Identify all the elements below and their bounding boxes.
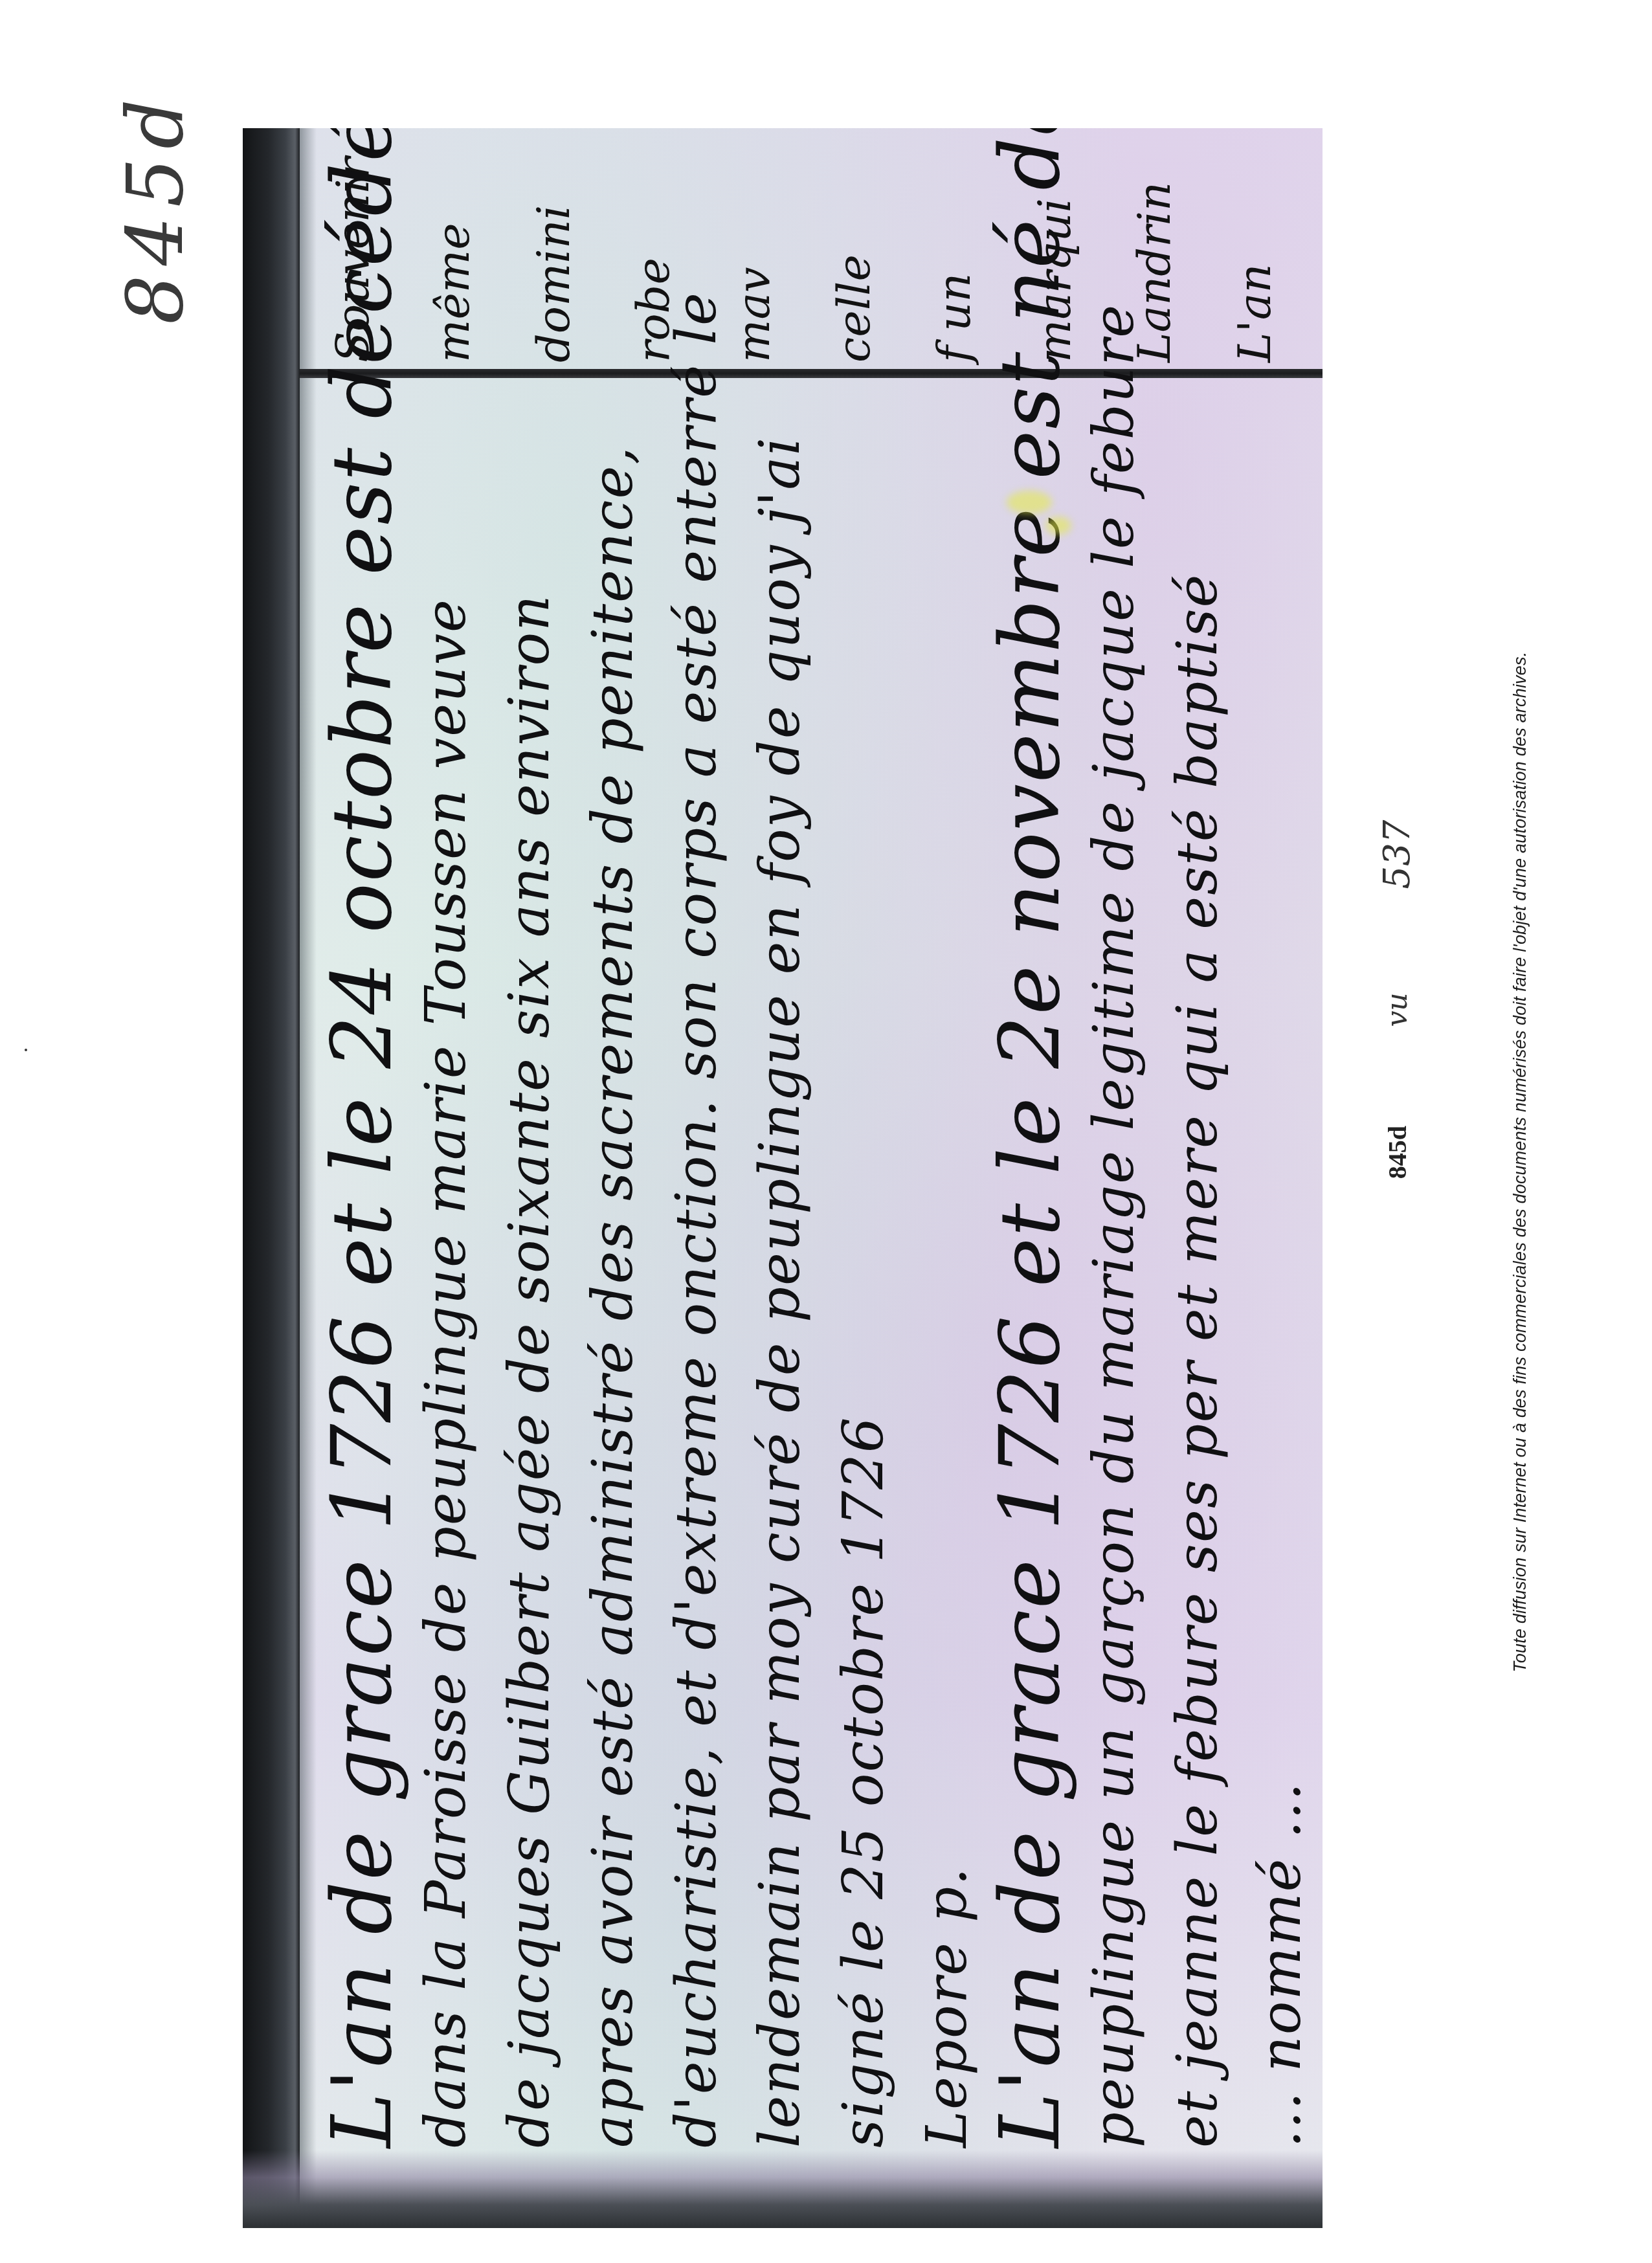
manuscript-line-text: signé le 25 octobre 1726 — [836, 1416, 891, 2148]
manuscript-line-text: ... nommé ... — [1253, 1781, 1309, 2148]
manuscript-line-text: lendemain par moy curé de peuplingue en … — [752, 436, 808, 2148]
manuscript-line-text: dans la Paroisse de peuplingue marie Tou… — [418, 598, 474, 2148]
baptism-record-line: ... nommé ... — [1239, 387, 1323, 2148]
previous-page-word: mav — [728, 128, 779, 369]
previous-page-word-text: même — [427, 223, 480, 362]
manuscript-text: L'an de grace 1726 et le 24 octobre est … — [320, 387, 1323, 2148]
manuscript-line-text: peuplingue un garçon du mariage legitime… — [1086, 304, 1142, 2148]
register-scan: Souvenirmêmedominirobemavcellef unmarqui… — [243, 128, 1323, 2228]
page-fold-line — [300, 369, 1323, 378]
yellow-stain — [1007, 491, 1052, 514]
annotation-vu: vu — [1381, 992, 1414, 1027]
previous-page-word: même — [427, 128, 479, 369]
previous-page-word: celle — [828, 128, 880, 369]
previous-page-word-text: celle — [827, 254, 880, 362]
burial-record-line: signé le 25 octobre 1726 — [821, 387, 905, 2148]
burial-record-line: apres avoir esté administré des sacremen… — [571, 387, 654, 2148]
folio-number-note: 845d — [97, 97, 214, 317]
manuscript-line-text: apres avoir esté administré des sacremen… — [585, 445, 641, 2148]
previous-page-word: f un — [928, 128, 980, 369]
manuscript-line-text: L'an de grace 1726 et le 24 octobre est … — [321, 128, 404, 2148]
previous-page-word-text: f un — [928, 273, 981, 362]
manuscript-line-text: d'eucharistie, et d'extreme onction. son… — [669, 291, 724, 2148]
previous-page-word-text: mav — [727, 267, 780, 362]
previous-page-word-text: domini — [527, 205, 580, 362]
annotation-reference: 845d — [1382, 1126, 1412, 1179]
baptism-record-line: L'an de grace 1726 et le 2e novembre est… — [988, 387, 1072, 2148]
burial-record-line: L'an de grace 1726 et le 24 octobre est … — [320, 387, 404, 2148]
legal-notice-text: Toute diffusion sur Internet ou à des fi… — [1510, 652, 1530, 1673]
yellow-stain — [1045, 517, 1071, 535]
baptism-record-line: peuplingue un garçon du mariage legitime… — [1072, 387, 1155, 2148]
annotation-number: 537 — [1376, 820, 1418, 889]
book-binding — [243, 128, 300, 2228]
baptism-record-line: et jeanne le febure ses per et mere qui … — [1155, 387, 1239, 2148]
archive-annotation: 537 vu 845d — [1371, 816, 1423, 1204]
page-bottom-edge — [243, 2150, 1323, 2228]
folio-number-text: 845d — [111, 90, 201, 324]
previous-page-fragment: Souvenirmêmedominirobemavcellef unmarqui… — [320, 128, 1323, 369]
scan-speck — [25, 1049, 27, 1051]
manuscript-line-text: Lepore p. — [919, 1866, 975, 2148]
manuscript-line-text: L'an de grace 1726 et le 2e novembre est… — [989, 128, 1072, 2148]
burial-record-line: Lepore p. — [905, 387, 988, 2148]
previous-page-word-text: L'an — [1228, 263, 1281, 362]
previous-page-word: L'an — [1229, 128, 1280, 369]
burial-record-line: de jacques Guilbert agée de soixante six… — [487, 387, 571, 2148]
burial-record-line: d'eucharistie, et d'extreme onction. son… — [654, 387, 738, 2148]
burial-record-line: dans la Paroisse de peuplingue marie Tou… — [404, 387, 487, 2148]
manuscript-line-text: et jeanne le febure ses per et mere qui … — [1170, 573, 1225, 2148]
manuscript-line-text: de jacques Guilbert agée de soixante six… — [502, 594, 557, 2148]
archive-legal-notice: Toute diffusion sur Internet ou à des fi… — [1501, 686, 1539, 1638]
previous-page-word: domini — [528, 128, 579, 369]
burial-record-line: lendemain par moy curé de peuplingue en … — [738, 387, 821, 2148]
